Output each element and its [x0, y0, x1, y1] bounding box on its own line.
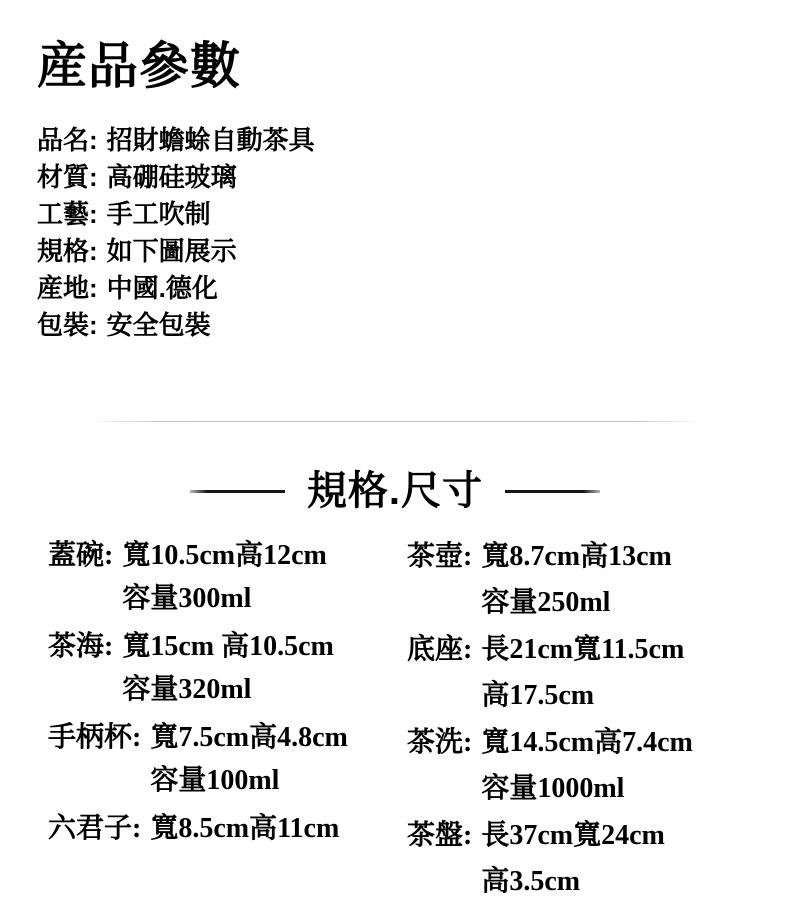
spec-label: 底座: — [407, 627, 472, 673]
spec-line-2: 高17.5cm — [481, 673, 684, 719]
attribute-row-craft: 工藝: 手工吹制 — [37, 196, 790, 233]
attribute-label: 材質: — [37, 159, 98, 196]
spec-line-1: 寬8.5cm高11cm — [150, 807, 339, 850]
spec-entry-chahai: 茶海: 寬15cm 高10.5cm 容量320ml — [48, 625, 407, 711]
page-title: 産品參數 — [37, 38, 790, 94]
spec-label: 手柄杯: — [48, 716, 141, 759]
spec-label: 茶盤: — [407, 813, 472, 859]
spec-line-1: 寬14.5cm高7.4cm — [481, 720, 693, 766]
spec-line-2: 容量250ml — [481, 580, 672, 626]
attribute-value: 高硼硅玻璃 — [107, 159, 237, 196]
attribute-row-spec: 規格: 如下圖展示 — [37, 233, 790, 270]
spec-value: 長21cm寬11.5cm 高17.5cm — [481, 627, 684, 719]
specs-grid: 蓋碗: 寬10.5cm高12cm 容量300ml 茶海: 寬15cm 高10.5… — [48, 534, 790, 906]
spec-value: 寬8.7cm高13cm 容量250ml — [481, 534, 672, 626]
attribute-row-material: 材質: 高硼硅玻璃 — [37, 159, 790, 196]
spec-value: 寬8.5cm高11cm — [150, 807, 339, 850]
spec-label: 茶海: — [48, 625, 113, 668]
spec-line-1: 寬15cm 高10.5cm — [122, 625, 334, 668]
attribute-row-origin: 産地: 中國.德化 — [37, 270, 790, 307]
attribute-value: 招財蟾蜍自動茶具 — [107, 122, 315, 159]
spec-label: 茶洗: — [407, 720, 472, 766]
spec-entry-liujunzi: 六君子: 寬8.5cm高11cm — [48, 807, 407, 850]
section-heading-text: 規格.尺寸 — [307, 465, 483, 517]
spec-value: 寬15cm 高10.5cm 容量320ml — [122, 625, 334, 711]
section-heading: 規格.尺寸 — [0, 465, 790, 517]
attribute-label: 産地: — [37, 270, 98, 307]
product-parameters-page: 産品參數 品名: 招財蟾蜍自動茶具 材質: 高硼硅玻璃 工藝: 手工吹制 規格:… — [0, 0, 790, 920]
attribute-row-name: 品名: 招財蟾蜍自動茶具 — [37, 122, 790, 159]
spec-label: 茶壺: — [407, 534, 472, 580]
spec-entry-gaiwan: 蓋碗: 寬10.5cm高12cm 容量300ml — [48, 534, 407, 620]
spec-entry-handle-cup: 手柄杯: 寬7.5cm高4.8cm 容量100ml — [48, 716, 407, 802]
spec-value: 長37cm寬24cm 高3.5cm — [481, 813, 665, 905]
specs-column-right: 茶壺: 寬8.7cm高13cm 容量250ml 底座: 長21cm寬11.5cm… — [407, 534, 790, 906]
spec-line-1: 長21cm寬11.5cm — [481, 627, 684, 673]
attribute-label: 工藝: — [37, 196, 98, 233]
spec-line-2: 容量100ml — [150, 759, 348, 802]
attribute-label: 規格: — [37, 233, 98, 270]
attribute-value: 手工吹制 — [107, 196, 211, 233]
spec-line-2: 容量300ml — [122, 577, 327, 620]
spec-value: 寬14.5cm高7.4cm 容量1000ml — [481, 720, 693, 812]
specs-column-left: 蓋碗: 寬10.5cm高12cm 容量300ml 茶海: 寬15cm 高10.5… — [48, 534, 407, 906]
spec-label: 蓋碗: — [48, 534, 113, 577]
attribute-value: 安全包裝 — [107, 307, 211, 344]
attribute-label: 品名: — [37, 122, 98, 159]
attribute-row-packaging: 包裝: 安全包裝 — [37, 307, 790, 344]
spec-line-2: 容量1000ml — [481, 766, 693, 812]
spec-line-1: 長37cm寬24cm — [481, 813, 665, 859]
attribute-label: 包裝: — [37, 307, 98, 344]
attribute-list: 品名: 招財蟾蜍自動茶具 材質: 高硼硅玻璃 工藝: 手工吹制 規格: 如下圖展… — [37, 122, 790, 344]
spec-value: 寬10.5cm高12cm 容量300ml — [122, 534, 327, 620]
attribute-value: 如下圖展示 — [107, 233, 237, 270]
heading-dash-right-icon — [505, 490, 600, 493]
spec-line-1: 寬10.5cm高12cm — [122, 534, 327, 577]
spec-line-1: 寬8.7cm高13cm — [481, 534, 672, 580]
spec-line-1: 寬7.5cm高4.8cm — [150, 716, 348, 759]
spec-entry-tea-wash: 茶洗: 寬14.5cm高7.4cm 容量1000ml — [407, 720, 790, 812]
attribute-value: 中國.德化 — [107, 270, 218, 307]
spec-entry-tea-tray: 茶盤: 長37cm寬24cm 高3.5cm — [407, 813, 790, 905]
spec-label: 六君子: — [48, 807, 141, 850]
spec-entry-teapot: 茶壺: 寬8.7cm高13cm 容量250ml — [407, 534, 790, 626]
section-divider — [88, 421, 700, 422]
heading-dash-left-icon — [190, 490, 285, 493]
spec-value: 寬7.5cm高4.8cm 容量100ml — [150, 716, 348, 802]
spec-line-2: 容量320ml — [122, 668, 334, 711]
spec-entry-base: 底座: 長21cm寬11.5cm 高17.5cm — [407, 627, 790, 719]
spec-line-2: 高3.5cm — [481, 859, 665, 905]
